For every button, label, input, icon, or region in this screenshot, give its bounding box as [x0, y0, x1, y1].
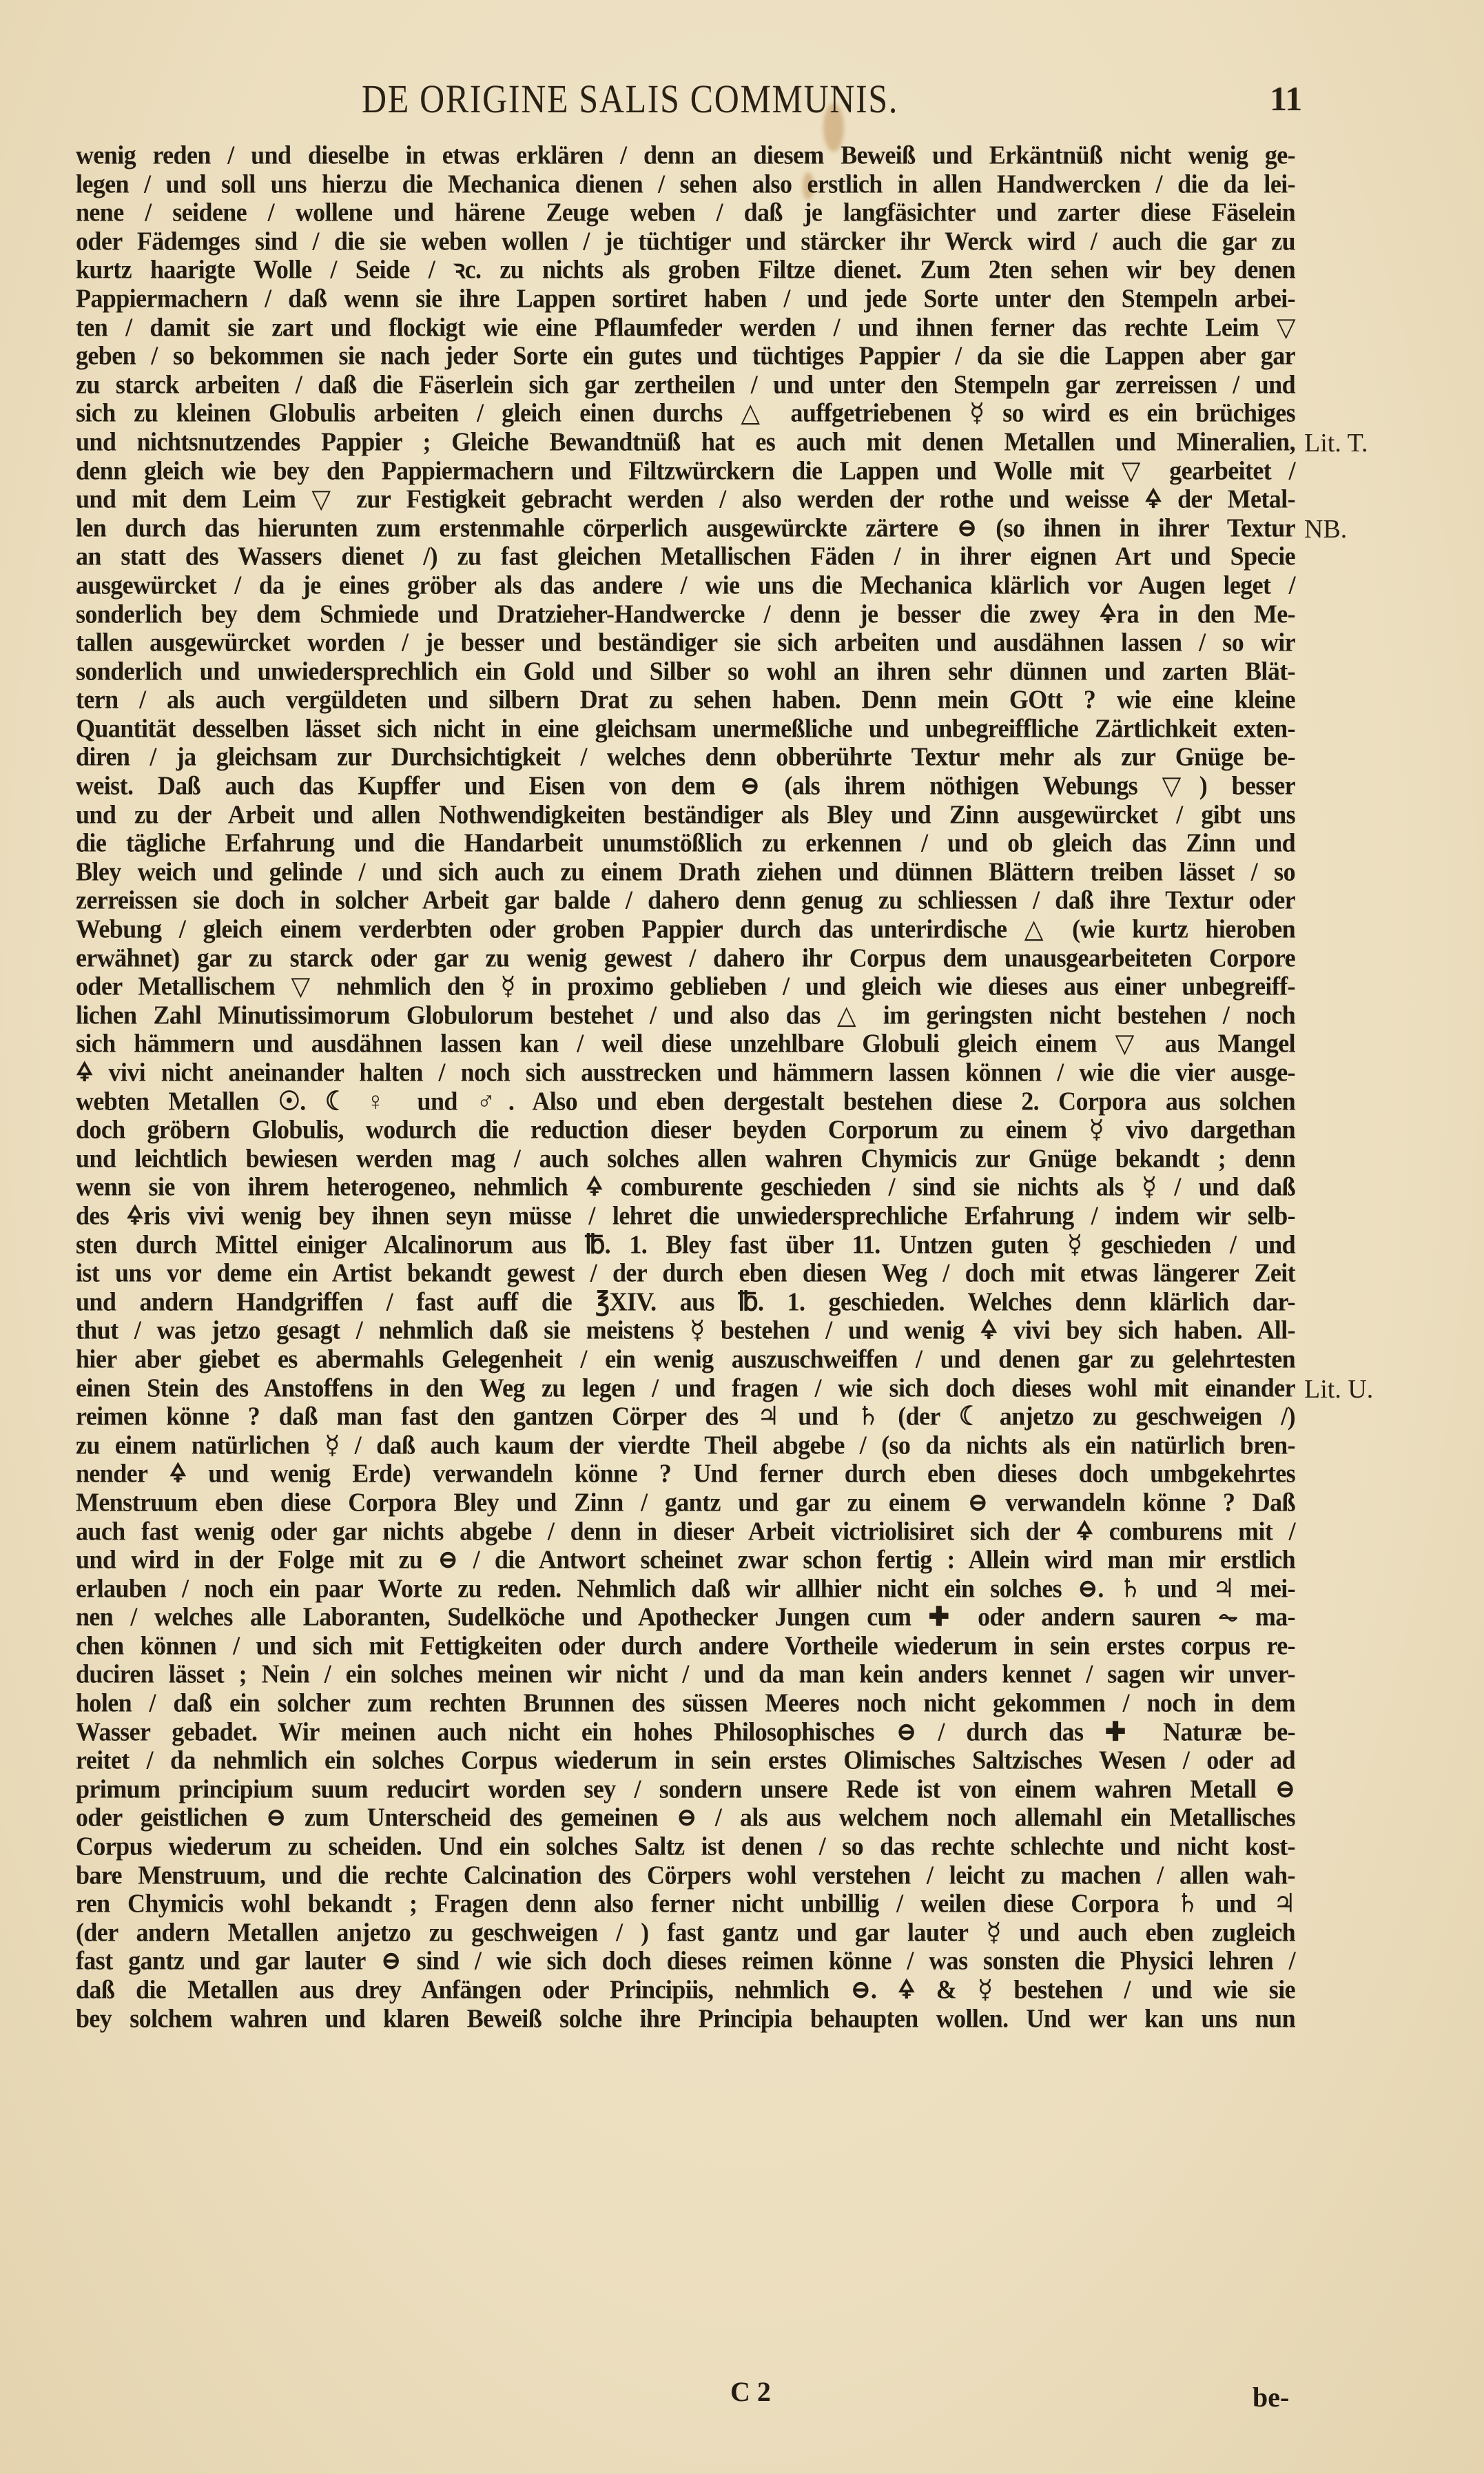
- text-line: erlauben / noch ein paar Worte zu reden.…: [76, 1575, 1295, 1604]
- text-line-content: lichen Zahl Minutissimorum Globulorum be…: [76, 1001, 1295, 1031]
- text-line: ten / damit sie zart und flockigt wie ei…: [76, 314, 1295, 343]
- text-line-content: bey solchem wahren und klaren Beweiß sol…: [76, 2004, 1295, 2034]
- text-line: Wasser gebadet. Wir meinen auch nicht ei…: [76, 1718, 1295, 1747]
- text-line-content: an statt des Wassers dienet /) zu fast g…: [76, 542, 1295, 572]
- text-line-content: bare Menstruum, und die rechte Calcinati…: [76, 1861, 1295, 1891]
- text-line: reitet / da nehmlich ein solches Corpus …: [76, 1746, 1295, 1775]
- text-line-content: 🜍 vivi nicht aneinander halten / noch si…: [76, 1058, 1295, 1088]
- text-line: sonderlich bey dem Schmiede und Dratzieh…: [76, 600, 1295, 629]
- text-line-content: und leichtlich bewiesen werden mag / auc…: [76, 1144, 1295, 1174]
- text-line-content: reimen könne ? daß man fast den gantzen …: [76, 1402, 1295, 1432]
- text-line-content: webten Metallen ☉. ☾ ♀ und ♂. Also und e…: [76, 1087, 1295, 1117]
- text-line: reimen könne ? daß man fast den gantzen …: [76, 1402, 1295, 1431]
- text-line: legen / und soll uns hierzu die Mechanic…: [76, 170, 1295, 199]
- body-text: wenig reden / und dieselbe in etwas erkl…: [76, 141, 1295, 2033]
- text-line-content: legen / und soll uns hierzu die Mechanic…: [76, 170, 1295, 200]
- text-line: doch gröbern Globulis, wodurch die reduc…: [76, 1116, 1295, 1145]
- text-line: daß die Metallen aus drey Anfängen oder …: [76, 1976, 1295, 2005]
- text-line: len durch das hierunten zum erstenmahle …: [76, 514, 1295, 543]
- text-line: oder Metallischem ▽ nehmlich den ☿ in pr…: [76, 972, 1295, 1001]
- text-line-content: erlauben / noch ein paar Worte zu reden.…: [76, 1574, 1295, 1604]
- text-line-content: ist uns vor deme ein Artist bekandt gewe…: [76, 1258, 1295, 1289]
- text-line: sonderlich und unwiedersprechlich ein Go…: [76, 657, 1295, 686]
- text-line: tallen ausgewürcket worden / je besser u…: [76, 628, 1295, 657]
- text-line-content: und nichtsnutzendes Pappier ; Gleiche Be…: [76, 427, 1295, 458]
- text-line-content: nen / welches alle Laboranten, Sudelköch…: [76, 1602, 1295, 1633]
- text-line-content: thut / was jetzo gesagt / nehmlich daß s…: [76, 1316, 1295, 1346]
- text-line-content: oder geistlichen ⊖ zum Unterscheid des g…: [76, 1803, 1295, 1833]
- text-line: lichen Zahl Minutissimorum Globulorum be…: [76, 1001, 1295, 1030]
- text-line-content: wenig reden / und dieselbe in etwas erkl…: [76, 141, 1295, 171]
- text-line: kurtz haarigte Wolle / Seide / ꝛc. zu ni…: [76, 256, 1295, 285]
- text-line: auch fast wenig oder gar nichts abgebe /…: [76, 1517, 1295, 1546]
- text-line-content: zu starck arbeiten / daß die Fäserlein s…: [76, 370, 1295, 400]
- text-line-content: auch fast wenig oder gar nichts abgebe /…: [76, 1516, 1295, 1546]
- text-line: an statt des Wassers dienet /) zu fast g…: [76, 542, 1295, 571]
- text-line-content: und andern Handgriffen / fast auff die ℥…: [76, 1287, 1295, 1318]
- text-line-content: chen können / und sich mit Fettigkeiten …: [76, 1631, 1295, 1662]
- text-line-content: denn gleich wie bey den Pappiermachern u…: [76, 456, 1295, 486]
- margin-note: Lit. U.: [1304, 1374, 1373, 1404]
- text-line: duciren lässet ; Nein / ein solches mein…: [76, 1660, 1295, 1689]
- text-line: Pappiermachern / daß wenn sie ihre Lappe…: [76, 285, 1295, 314]
- text-line-content: nene / seidene / wollene und härene Zeug…: [76, 198, 1295, 228]
- text-line-content: kurtz haarigte Wolle / Seide / ꝛc. zu ni…: [76, 255, 1295, 285]
- text-line-content: Bley weich und gelinde / und sich auch z…: [76, 857, 1295, 888]
- text-line-content: ausgewürcket / da je eines gröber als da…: [76, 571, 1295, 601]
- text-line: und zu der Arbeit und allen Nothwendigke…: [76, 801, 1295, 830]
- text-line: ausgewürcket / da je eines gröber als da…: [76, 571, 1295, 600]
- text-line: ren Chymicis wohl bekandt ; Fragen denn …: [76, 1890, 1295, 1919]
- text-line: Menstruum eben diese Corpora Bley und Zi…: [76, 1489, 1295, 1517]
- text-line: bey solchem wahren und klaren Beweiß sol…: [76, 2005, 1295, 2034]
- text-line: sten durch Mittel einiger Alcalinorum au…: [76, 1231, 1295, 1260]
- text-line: und wird in der Folge mit zu ⊖ / die Ant…: [76, 1546, 1295, 1575]
- text-line-content: sich hämmern und ausdähnen lassen kan / …: [76, 1029, 1295, 1059]
- text-line-content: zerreissen sie doch in solcher Arbeit ga…: [76, 886, 1295, 916]
- text-line: webten Metallen ☉. ☾ ♀ und ♂. Also und e…: [76, 1087, 1295, 1116]
- text-line: ist uns vor deme ein Artist bekandt gewe…: [76, 1259, 1295, 1288]
- text-line-content: ten / damit sie zart und flockigt wie ei…: [76, 313, 1295, 343]
- text-line: und andern Handgriffen / fast auff die ℥…: [76, 1288, 1295, 1317]
- text-line: nender 🜍 und wenig Erde) verwandeln könn…: [76, 1460, 1295, 1489]
- text-line: zu starck arbeiten / daß die Fäserlein s…: [76, 371, 1295, 400]
- text-line-content: wenn sie von ihrem heterogeneo, nehmlich…: [76, 1172, 1295, 1203]
- text-line: primum principium suum reducirt worden s…: [76, 1775, 1295, 1804]
- text-line: Bley weich und gelinde / und sich auch z…: [76, 858, 1295, 887]
- text-line-content: tern / als auch vergüldeten und silbern …: [76, 685, 1295, 715]
- text-line: nen / welches alle Laboranten, Sudelköch…: [76, 1603, 1295, 1632]
- text-line-content: erwähnet) gar zu starck oder gar zu weni…: [76, 943, 1295, 974]
- text-line: Corpus wiederum zu scheiden. Und ein sol…: [76, 1832, 1295, 1861]
- text-line-content: (der andern Metallen anjetzo zu geschwei…: [76, 1918, 1295, 1948]
- text-line-content: die tägliche Erfahrung und die Handarbei…: [76, 828, 1295, 859]
- text-line: diren / ja gleichsam zur Durchsichtigkei…: [76, 743, 1295, 772]
- text-line: thut / was jetzo gesagt / nehmlich daß s…: [76, 1316, 1295, 1345]
- text-line-content: Quantität desselben lässet sich nicht in…: [76, 714, 1295, 744]
- text-line: einen Stein des Anstoffens in den Weg zu…: [76, 1374, 1295, 1403]
- text-line-content: reitet / da nehmlich ein solches Corpus …: [76, 1746, 1295, 1776]
- text-line-content: des 🜍ris vivi wenig bey ihnen seyn müsse…: [76, 1201, 1295, 1231]
- text-line-content: sten durch Mittel einiger Alcalinorum au…: [76, 1230, 1295, 1260]
- text-line-content: und zu der Arbeit und allen Nothwendigke…: [76, 800, 1295, 830]
- margin-note: NB.: [1304, 514, 1347, 544]
- text-line-content: und wird in der Folge mit zu ⊖ / die Ant…: [76, 1545, 1295, 1575]
- page-number: 11: [1270, 79, 1302, 119]
- text-line: hier aber giebet es abermahls Gelegenhei…: [76, 1345, 1295, 1374]
- text-line-content: doch gröbern Globulis, wodurch die reduc…: [76, 1115, 1295, 1145]
- text-line: nene / seidene / wollene und härene Zeug…: [76, 198, 1295, 227]
- text-line-content: diren / ja gleichsam zur Durchsichtigkei…: [76, 742, 1295, 773]
- text-line-content: ren Chymicis wohl bekandt ; Fragen denn …: [76, 1889, 1295, 1919]
- text-line: tern / als auch vergüldeten und silbern …: [76, 686, 1295, 715]
- text-line-content: weist. Daß auch das Kupffer und Eisen vo…: [76, 771, 1295, 801]
- text-line: holen / daß ein solcher zum rechten Brun…: [76, 1689, 1295, 1718]
- catchword: be-: [1253, 2381, 1289, 2413]
- text-line: zerreissen sie doch in solcher Arbeit ga…: [76, 886, 1295, 915]
- text-line: (der andern Metallen anjetzo zu geschwei…: [76, 1919, 1295, 1947]
- text-line-content: oder Metallischem ▽ nehmlich den ☿ in pr…: [76, 972, 1295, 1002]
- text-line-content: und mit dem Leim ▽ zur Festigkeit gebrac…: [76, 484, 1295, 515]
- text-line: fast gantz und gar lauter ⊖ sind / wie s…: [76, 1947, 1295, 1976]
- text-line: Quantität desselben lässet sich nicht in…: [76, 715, 1295, 744]
- text-line: erwähnet) gar zu starck oder gar zu weni…: [76, 944, 1295, 973]
- text-line: sich hämmern und ausdähnen lassen kan / …: [76, 1030, 1295, 1059]
- text-line: wenn sie von ihrem heterogeneo, nehmlich…: [76, 1173, 1295, 1202]
- text-line: oder Fädemges sind / die sie weben wolle…: [76, 227, 1295, 256]
- text-line-content: daß die Metallen aus drey Anfängen oder …: [76, 1975, 1295, 2005]
- text-line: und mit dem Leim ▽ zur Festigkeit gebrac…: [76, 485, 1295, 514]
- text-line: bare Menstruum, und die rechte Calcinati…: [76, 1861, 1295, 1890]
- margin-note: Lit. T.: [1304, 428, 1368, 458]
- text-line-content: primum principium suum reducirt worden s…: [76, 1775, 1295, 1805]
- text-line: wenig reden / und dieselbe in etwas erkl…: [76, 141, 1295, 170]
- text-line-content: sonderlich bey dem Schmiede und Dratzieh…: [76, 599, 1295, 629]
- text-line-content: tallen ausgewürcket worden / je besser u…: [76, 628, 1295, 658]
- text-line: und leichtlich bewiesen werden mag / auc…: [76, 1145, 1295, 1174]
- text-line-content: holen / daß ein solcher zum rechten Brun…: [76, 1688, 1295, 1719]
- text-line: sich zu kleinen Globulis arbeiten / glei…: [76, 399, 1295, 428]
- text-line-content: fast gantz und gar lauter ⊖ sind / wie s…: [76, 1946, 1295, 1976]
- text-line-content: Webung / gleich einem verderbten oder gr…: [76, 914, 1295, 945]
- text-line: die tägliche Erfahrung und die Handarbei…: [76, 829, 1295, 858]
- text-line: oder geistlichen ⊖ zum Unterscheid des g…: [76, 1803, 1295, 1832]
- text-line-content: Wasser gebadet. Wir meinen auch nicht ei…: [76, 1717, 1295, 1748]
- page-header: DE ORIGINE SALIS COMMUNIS. 11: [0, 76, 1484, 124]
- text-line-content: zu einem natürlichen ☿ / daß auch kaum d…: [76, 1431, 1295, 1461]
- text-line-content: Menstruum eben diese Corpora Bley und Zi…: [76, 1488, 1295, 1518]
- signature-mark: C 2: [730, 2375, 771, 2408]
- text-line-content: oder Fädemges sind / die sie weben wolle…: [76, 227, 1295, 257]
- text-line: geben / so bekommen sie nach jeder Sorte…: [76, 342, 1295, 371]
- text-line-content: geben / so bekommen sie nach jeder Sorte…: [76, 341, 1295, 371]
- text-line: des 🜍ris vivi wenig bey ihnen seyn müsse…: [76, 1202, 1295, 1231]
- text-line: 🜍 vivi nicht aneinander halten / noch si…: [76, 1059, 1295, 1087]
- text-line: denn gleich wie bey den Pappiermachern u…: [76, 457, 1295, 486]
- text-line: weist. Daß auch das Kupffer und Eisen vo…: [76, 772, 1295, 801]
- text-line-content: Corpus wiederum zu scheiden. Und ein sol…: [76, 1832, 1295, 1862]
- text-line-content: len durch das hierunten zum erstenmahle …: [76, 513, 1295, 544]
- text-line-content: sonderlich und unwiedersprechlich ein Go…: [76, 657, 1295, 687]
- text-line-content: Pappiermachern / daß wenn sie ihre Lappe…: [76, 284, 1295, 314]
- text-line-content: hier aber giebet es abermahls Gelegenhei…: [76, 1345, 1295, 1375]
- text-line-content: duciren lässet ; Nein / ein solches mein…: [76, 1659, 1295, 1690]
- text-line-content: sich zu kleinen Globulis arbeiten / glei…: [76, 398, 1295, 429]
- text-line: chen können / und sich mit Fettigkeiten …: [76, 1632, 1295, 1661]
- text-line-content: nender 🜍 und wenig Erde) verwandeln könn…: [76, 1459, 1295, 1489]
- text-line-content: einen Stein des Anstoffens in den Weg zu…: [76, 1373, 1295, 1403]
- running-title: DE ORIGINE SALIS COMMUNIS.: [362, 76, 898, 122]
- text-line: zu einem natürlichen ☿ / daß auch kaum d…: [76, 1431, 1295, 1460]
- text-line: Webung / gleich einem verderbten oder gr…: [76, 915, 1295, 944]
- text-line: und nichtsnutzendes Pappier ; Gleiche Be…: [76, 428, 1295, 457]
